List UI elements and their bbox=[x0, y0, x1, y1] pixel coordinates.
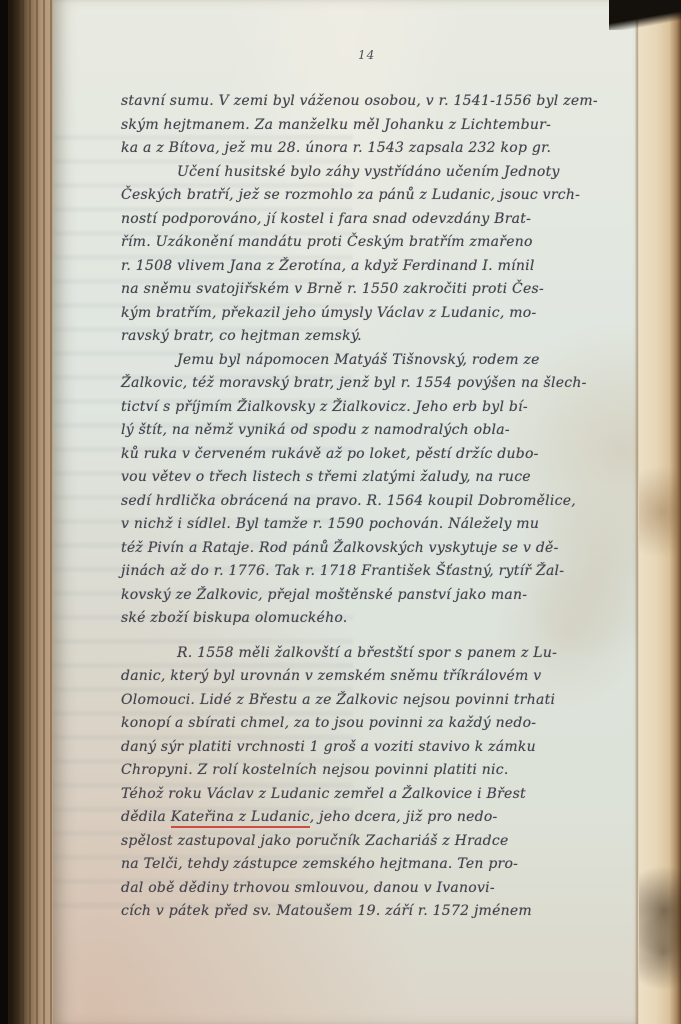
manuscript-line: stavní sumu. V zemi byl váženou osobou, … bbox=[121, 90, 637, 114]
manuscript-line: Žalkovic, též moravský bratr, jenž byl r… bbox=[121, 372, 637, 396]
paragraph-4: R. 1558 měli žalkovští a břestští spor s… bbox=[121, 642, 637, 924]
manuscript-line: na Telči, tehdy zástupce zemského hejtma… bbox=[121, 853, 637, 877]
manuscript-line: tictví s příjmím Žialkovsky z Žialkovicz… bbox=[121, 396, 637, 420]
manuscript-line: ka a z Bítova, jež mu 28. února r. 1543 … bbox=[121, 137, 637, 161]
manuscript-line: ským hejtmanem. Za manželku měl Johanku … bbox=[121, 114, 637, 138]
book-cover-corner bbox=[609, 0, 681, 30]
manuscript-line: v nichž i sídlel. Byl tamže r. 1590 poch… bbox=[121, 513, 637, 537]
manuscript-line: Chropyni. Z rolí kostelních nejsou povin… bbox=[121, 759, 637, 783]
manuscript-line: ností podporováno, jí kostel i fara snad… bbox=[121, 208, 637, 232]
manuscript-line: Olomouci. Lidé z Břestu a ze Žalkovic ne… bbox=[121, 689, 637, 713]
manuscript-line: Českých bratří, jež se rozmohlo za pánů … bbox=[121, 184, 637, 208]
next-page-edge bbox=[639, 0, 681, 1024]
manuscript-line: řím. Uzákonění mandátu proti Českým brat… bbox=[121, 231, 637, 255]
manuscript-line: kým bratřím, překazil jeho úmysly Václav… bbox=[121, 302, 637, 326]
manuscript-line: ků ruka v červeném rukávě až po loket, p… bbox=[121, 443, 637, 467]
manuscript-line: dědila Kateřina z Ludanic, jeho dcera, j… bbox=[121, 806, 637, 830]
manuscript-line: lý štít, na němž vyniká od spodu z namod… bbox=[121, 419, 637, 443]
text-segment: dědila bbox=[121, 809, 171, 825]
book-photograph: { "page": { "number": "14" }, "content":… bbox=[0, 0, 681, 1024]
manuscript-line: r. 1508 vlivem Jana z Žerotína, a když F… bbox=[121, 255, 637, 279]
manuscript-line: Téhož roku Václav z Ludanic zemřel a Žal… bbox=[121, 783, 637, 807]
manuscript-line: konopí a sbírati chmel, za to jsou povin… bbox=[121, 712, 637, 736]
paragraph-2: Učení husitské bylo záhy vystřídáno učen… bbox=[121, 161, 637, 349]
manuscript-line: sedí hrdlička obrácená na pravo. R. 1564… bbox=[121, 490, 637, 514]
manuscript-line: též Pivín a Rataje. Rod pánů Žalkovských… bbox=[121, 537, 637, 561]
manuscript-line: vou větev o třech listech s třemi zlatým… bbox=[121, 466, 637, 490]
manuscript-line: na sněmu svatojiřském v Brně r. 1550 zak… bbox=[121, 278, 637, 302]
manuscript-line: Jemu byl nápomocen Matyáš Tišnovský, rod… bbox=[121, 349, 637, 373]
manuscript-page: 14 stavní sumu. V zemi byl váženou osobo… bbox=[53, 0, 639, 1024]
stacked-page-edges bbox=[8, 0, 55, 1024]
manuscript-line: Učení husitské bylo záhy vystřídáno učen… bbox=[121, 161, 637, 185]
manuscript-line: ské zboží biskupa olomuckého. bbox=[121, 607, 637, 631]
manuscript-line: cích v pátek před sv. Matoušem 19. září … bbox=[121, 900, 637, 924]
manuscript-line: danic, který byl urovnán v zemském sněmu… bbox=[121, 665, 637, 689]
manuscript-line: ravský bratr, co hejtman zemský. bbox=[121, 325, 637, 349]
paragraph-1: stavní sumu. V zemi byl váženou osobou, … bbox=[121, 90, 637, 161]
manuscript-line: kovský ze Žalkovic, přejal moštěnské pan… bbox=[121, 584, 637, 608]
handwritten-text-block: stavní sumu. V zemi byl váženou osobou, … bbox=[121, 90, 637, 924]
page-number: 14 bbox=[358, 48, 375, 62]
manuscript-line: jinách až do r. 1776. Tak r. 1718 Franti… bbox=[121, 560, 637, 584]
text-segment: , jeho dcera, již pro nedo- bbox=[310, 809, 498, 825]
paragraph-3: Jemu byl nápomocen Matyáš Tišnovský, rod… bbox=[121, 349, 637, 631]
manuscript-line: daný sýr platiti vrchnosti 1 groš a vozi… bbox=[121, 736, 637, 760]
manuscript-line: dal obě dědiny trhovou smlouvou, danou v… bbox=[121, 877, 637, 901]
manuscript-line: spělost zastupoval jako poručník Zachari… bbox=[121, 830, 637, 854]
red-underlined-name: Kateřina z Ludanic bbox=[171, 809, 310, 828]
manuscript-line: R. 1558 měli žalkovští a břestští spor s… bbox=[121, 642, 637, 666]
